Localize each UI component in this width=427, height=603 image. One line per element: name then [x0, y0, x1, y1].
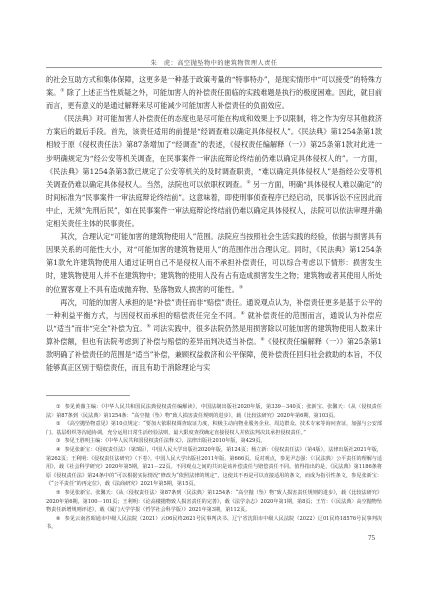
page-number: 75 [368, 534, 375, 542]
footnote-item: ①参见黄薇主编：《中华人民共和国民法典侵权责任编解读》，中国法制出版社2020年… [46, 403, 382, 420]
footnote-text: 《高空抛坠物意见》第10点规定：“要加大依职权调查取证力度，积极主动向物业服务企… [46, 421, 382, 436]
footnote-text: 参见张新宝：《侵权责任法》（第5版），中国人民大学出版社2020年版，第124页… [46, 447, 382, 487]
footnote-item: ②《高空抛坠物意见》第10点规定：“要加大依职权调查取证力度，积极主动向物业服务… [46, 420, 382, 437]
footnote-text: 参见云南省昭通市中级人民法院（2021）云06民终2621号民事判决书、辽宁省沈… [46, 516, 382, 531]
footnote-number: ⑤ [56, 490, 61, 496]
footnote-separator [46, 395, 130, 396]
body-text-segment: 《民法典》对可能加害人补偿责任的态度也是尽可能在构成和效果上予以限制，将之作为穷… [46, 114, 382, 188]
footnote-number: ① [56, 404, 61, 410]
footnote-text: 参见黄薇主编：《中华人民共和国民法典侵权责任编解读》，中国法制出版社2020年版… [46, 404, 382, 419]
footnote-number: ④ [56, 447, 61, 453]
footnote-reference[interactable]: ③ [239, 285, 243, 290]
main-body: 的社会互助方式和集体保障，这更多是一种基于政策考量的“特事特办”，是现实情形中“… [46, 73, 382, 374]
footnote-text: 参见王胜明主编：《中华人民共和国侵权责任法释义》，法律出版社2010年版，第42… [65, 438, 266, 444]
body-paragraph: 的社会互助方式和集体保障，这更多是一种基于政策考量的“特事特办”，是现实情形中“… [46, 73, 382, 112]
body-paragraph: 《民法典》对可能加害人补偿责任的态度也是尽可能在构成和效果上予以限制，将之作为穷… [46, 112, 382, 230]
footnote-number: ⑥ [56, 516, 61, 522]
body-text-segment: 除了上述正当性质疑之外，可能加害人的补偿责任面临的实践难题是执行的极度困难。因此… [46, 88, 382, 110]
header-rule [46, 67, 382, 68]
footnote-item: ⑥参见云南省昭通市中级人民法院（2021）云06民终2621号民事判决书、辽宁省… [46, 515, 382, 532]
running-header: 朱 虎：高空抛坠物中的建筑物管理人责任 [46, 58, 382, 67]
body-paragraph: 再次，可能的加害人承担的是“补偿”责任而非“赔偿”责任。通说观点认为，补偿责任更… [46, 296, 382, 375]
footnote-number: ③ [56, 438, 61, 444]
footnote-item: ⑤参见张新宝、张馨天：《从〈侵权责任法〉第87条到〈民法典〉第1254条：“高空… [46, 489, 382, 515]
body-paragraph: 其次，合理认定“可能加害的建筑物使用人”范围。法院应当按照社会生活实践的经验，依… [46, 230, 382, 295]
footnote-item: ④参见张新宝：《侵权责任法》（第5版），中国人民大学出版社2020年版，第124… [46, 446, 382, 489]
footnotes: ①参见黄薇主编：《中华人民共和国民法典侵权责任编解读》，中国法制出版社2020年… [46, 403, 382, 532]
body-text-segment: 其次，合理认定“可能加害的建筑物使用人”范围。法院应当按照社会生活实践的经验，依… [46, 232, 382, 293]
footnote-number: ② [56, 421, 61, 427]
footnote-text: 参见张新宝、张馨天：《从〈侵权责任法〉第87条到〈民法典〉第1254条：“高空抛… [46, 490, 382, 513]
footnote-item: ③参见王胜明主编：《中华人民共和国侵权责任法释义》，法律出版社2010年版，第4… [46, 437, 382, 446]
